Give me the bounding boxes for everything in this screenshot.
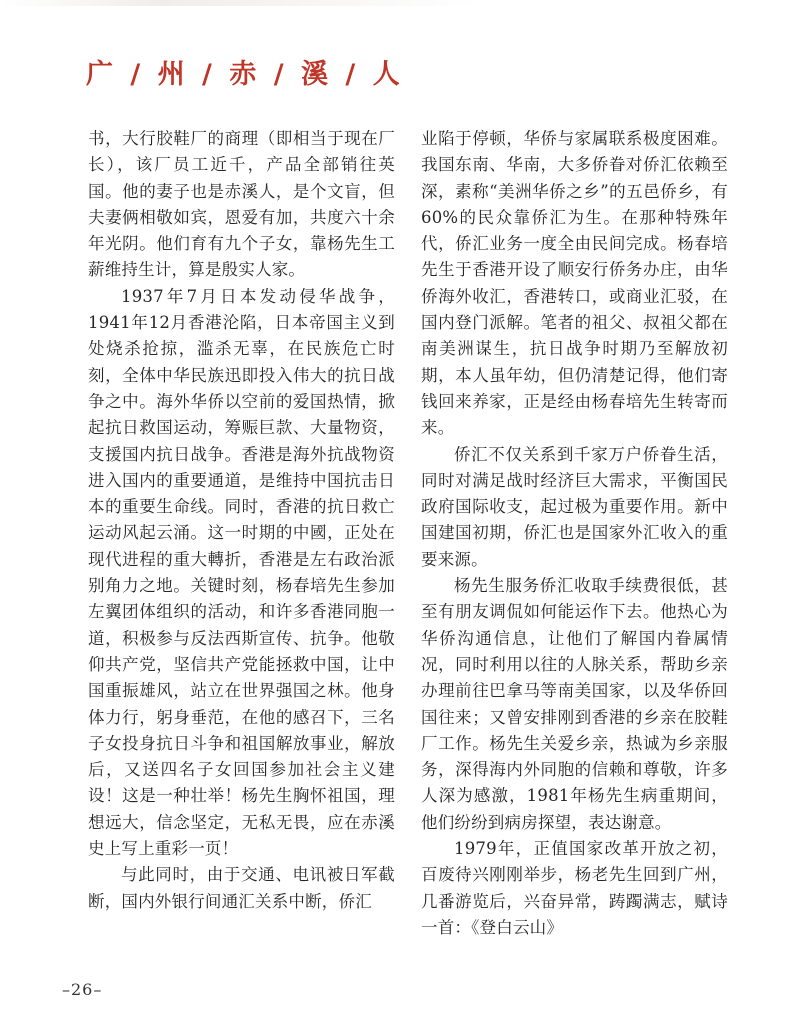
paragraph-war-history: 1937年7月日本发动侵华战争，1941年12月香港沦陷，日本帝国主义到处烧杀抢… <box>88 284 395 863</box>
page-title: 广 / 州 / 赤 / 溪 / 人 <box>86 52 404 91</box>
paragraph-remittance-continuation: 业陷于停顿，华侨与家属联系极度困难。我国东南、华南，大多侨眷对侨汇依赖至深，素称… <box>421 126 728 442</box>
paragraph-remittance-importance: 侨汇不仅关系到千家万户侨眷生活，同时对满足战时经济巨大需求，平衡国民政府国际收支… <box>421 442 728 573</box>
text-column-left: 书，大行胶鞋厂的商理（即相当于现在厂长），该厂员工近千，产品全部销往英国。他的妻… <box>88 126 395 970</box>
scan-edge-artifact <box>0 0 800 6</box>
text-column-right: 业陷于停顿，华侨与家属联系极度困难。我国东南、华南，大多侨眷对侨汇依赖至深，素称… <box>421 126 728 970</box>
text-body: 书，大行胶鞋厂的商理（即相当于现在厂长），该厂员工近千，产品全部销往英国。他的妻… <box>88 126 728 970</box>
paragraph-remittance-cutoff: 与此同时，由于交通、电讯被日军截断，国内外银行间通汇关系中断，侨汇 <box>88 862 395 915</box>
document-page: 广 / 州 / 赤 / 溪 / 人 书，大行胶鞋厂的商理（即相当于现在厂长），该… <box>0 0 800 1035</box>
paragraph-service-to-compatriots: 杨先生服务侨汇收取手续费很低，甚至有朋友调侃如何能运作下去。他热心为华侨沟通信息… <box>421 573 728 836</box>
paragraph-continuation: 书，大行胶鞋厂的商理（即相当于现在厂长），该厂员工近千，产品全部销往英国。他的妻… <box>88 126 395 284</box>
paragraph-1979-return: 1979年，正值国家改革开放之初，百废待兴刚刚举步，杨老先生回到广州，几番游览后… <box>421 836 728 941</box>
page-number: –26– <box>62 980 102 999</box>
